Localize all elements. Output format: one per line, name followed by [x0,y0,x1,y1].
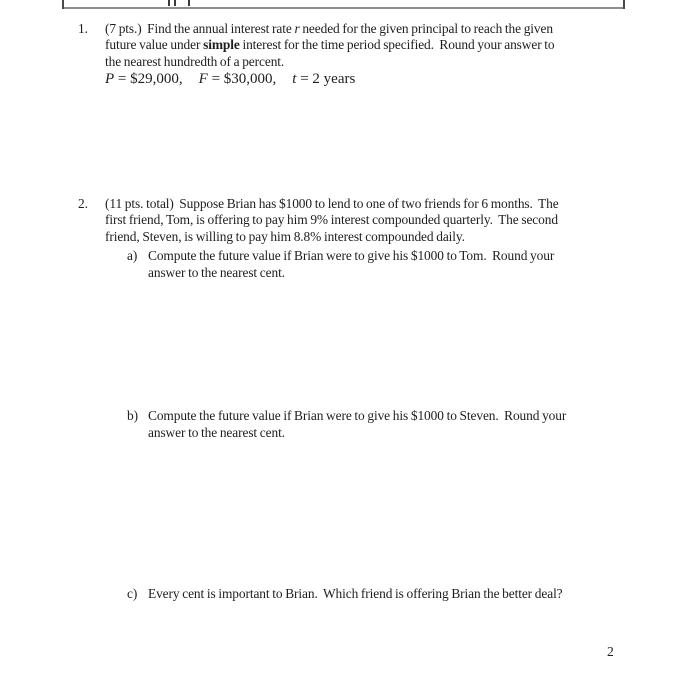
value-F: = $30,000, [208,71,276,87]
problem-1-text: (7 pts.) Find the annual interest rate r… [105,21,555,87]
part-b-text: Compute the future value if Brian were t… [148,408,566,442]
problem-2-number: 2. [78,196,105,212]
part-a-label: a) [127,248,148,264]
problem-2: 2. (11 pts. total) Suppose Brian has $10… [78,196,559,245]
cutoff-text-descender [188,0,190,6]
problem-1-number: 1. [78,21,105,37]
variable-F: F [199,71,208,87]
variable-P: P [105,71,114,87]
problem-1: 1. (7 pts.) Find the annual interest rat… [78,21,555,87]
part-b-label: b) [127,408,148,424]
part-c-text: Every cent is important to Brian. Which … [148,586,563,603]
problem-1-line-1-cont: needed for the given principal to reach … [300,21,553,36]
part-c-label: c) [127,586,148,602]
problem-1-line-2-cont: interest for the time period specified. … [240,37,555,52]
part-b-line-1: Compute the future value if Brian were t… [148,408,566,425]
cutoff-box-left-edge [62,0,64,9]
worksheet-page: 1. (7 pts.) Find the annual interest rat… [0,0,700,694]
problem-2-part-b: b) Compute the future value if Brian wer… [127,408,566,442]
cutoff-text-descender [168,0,170,6]
value-P: = $29,000, [114,71,182,87]
cutoff-text-descender [174,0,176,6]
problem-1-line-2-text: future value under [105,37,203,52]
cutoff-box-bottom-border [62,7,625,9]
part-a-line-1: Compute the future value if Brian were t… [148,248,554,265]
problem-2-part-a: a) Compute the future value if Brian wer… [127,248,554,282]
problem-2-part-c: c) Every cent is important to Brian. Whi… [127,586,563,603]
problem-1-line-1: (7 pts.) Find the annual interest rate r… [105,21,555,37]
page-number: 2 [607,644,614,660]
problem-2-line-2: first friend, Tom, is offering to pay hi… [105,212,559,228]
cutoff-box-right-edge [623,0,625,9]
part-a-line-2: answer to the nearest cent. [148,265,554,282]
part-b-line-2: answer to the nearest cent. [148,425,566,442]
part-c-line-1: Every cent is important to Brian. Which … [148,586,563,603]
part-a-text: Compute the future value if Brian were t… [148,248,554,282]
problem-1-given-values: P = $29,000,F = $30,000,t = 2 years [105,71,555,87]
value-t: = 2 years [296,71,355,87]
bold-simple: simple [203,37,240,52]
problem-2-line-3: friend, Steven, is willing to pay him 8.… [105,229,559,245]
problem-1-line-3: the nearest hundredth of a percent. [105,54,555,70]
problem-1-line-1-text: (7 pts.) Find the annual interest rate [105,21,294,36]
problem-2-line-1: (11 pts. total) Suppose Brian has $1000 … [105,196,559,212]
problem-2-text: (11 pts. total) Suppose Brian has $1000 … [105,196,559,245]
problem-1-line-2: future value under simple interest for t… [105,37,555,53]
